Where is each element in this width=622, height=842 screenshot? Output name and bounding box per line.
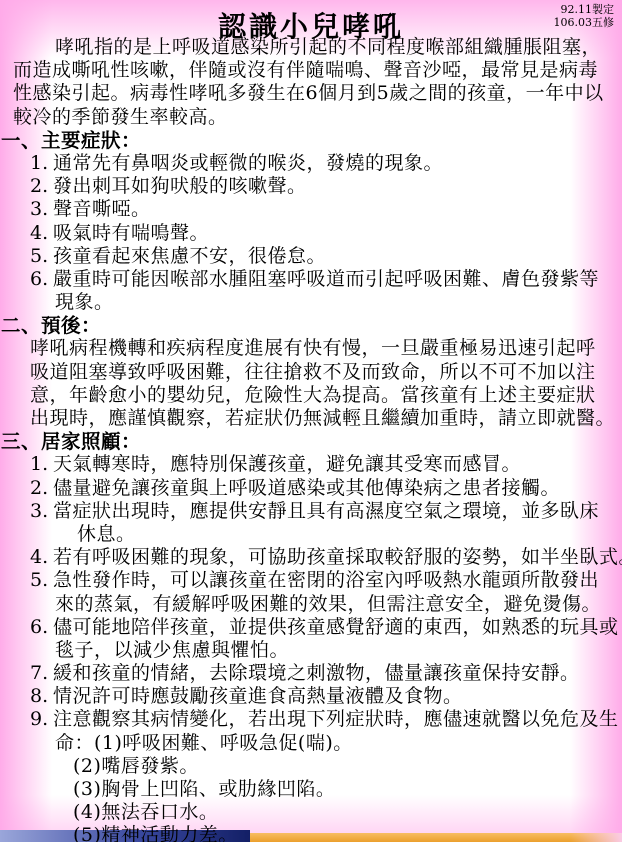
list-item-continuation: 命：(1)呼吸困難、呼吸急促(喘)。	[0, 732, 618, 755]
item-number: 3.	[30, 198, 53, 221]
sub-list-item: (5)精神活動力差。	[0, 824, 618, 842]
paragraph-line: 出現時，應謹慎觀察，若症狀仍無減輕且繼續加重時，請立即就醫。	[0, 407, 618, 430]
sub-list-item: (3)胸骨上凹陷、或肋緣凹陷。	[0, 778, 618, 801]
page-title: 認識小兒哮吼	[0, 5, 622, 45]
item-text: 注意觀察其病情變化，若出現下列症狀時，應儘速就醫以免危及生	[53, 708, 619, 730]
list-item: 5.急性發作時，可以讓孩童在密閉的浴室內呼吸熱水龍頭所散發出	[0, 569, 618, 592]
item-text: 當症狀出現時，應提供安靜且具有高濕度空氣之環境，並多臥床	[53, 500, 599, 522]
list-item: 6.嚴重時可能因喉部水腫阻塞呼吸道而引起呼吸困難、膚色發紫等	[0, 268, 618, 291]
list-item: 1.通常先有鼻咽炎或輕微的喉炎，發燒的現象。	[0, 152, 618, 175]
sub-list-item: (2)嘴唇發紫。	[0, 755, 618, 778]
item-number: 6.	[30, 268, 53, 291]
item-number: 2.	[30, 175, 53, 198]
section-heading-homecare: 三、居家照顧：	[0, 430, 618, 453]
item-text: 聲音嘶啞。	[53, 198, 151, 220]
paragraph-line: 吸道阻塞導致呼吸困難，往往搶救不及而致命，所以不可不加以注	[0, 361, 618, 384]
item-text: 緩和孩童的情緒，去除環境之刺激物，儘量讓孩童保持安靜。	[53, 662, 580, 684]
item-number: 5.	[30, 569, 53, 592]
item-number: 4.	[30, 546, 53, 569]
intro-line: 較冷的季節發生率較高。	[0, 106, 618, 129]
item-number: 2.	[30, 477, 53, 500]
section-heading-symptoms: 一、主要症狀：	[0, 129, 618, 152]
item-number: 5.	[30, 245, 53, 268]
list-item: 3.聲音嘶啞。	[0, 198, 618, 221]
list-item-continuation: 現象。	[0, 291, 618, 314]
list-item: 4.吸氣時有喘鳴聲。	[0, 222, 618, 245]
document-body: 哮吼指的是上呼吸道感染所引起的不同程度喉部組織腫脹阻塞， 而造成嘶吼性咳嗽，伴隨…	[0, 36, 618, 842]
section-heading-prognosis: 二、預後：	[0, 314, 618, 337]
item-text: 儘量避免讓孩童與上呼吸道感染或其他傳染病之患者接觸。	[53, 477, 560, 499]
item-number: 9.	[30, 708, 53, 731]
intro-line: 而造成嘶吼性咳嗽，伴隨或沒有伴隨喘鳴、聲音沙啞，最常見是病毒	[0, 59, 618, 82]
item-number: 1.	[30, 453, 53, 476]
list-item: 5.孩童看起來焦慮不安，很倦怠。	[0, 245, 618, 268]
item-number: 1.	[30, 152, 53, 175]
item-text: 發出刺耳如狗吠般的咳嗽聲。	[53, 175, 307, 197]
paragraph-line: 意，年齡愈小的嬰幼兒，危險性大為提高。當孩童有上述主要症狀	[0, 384, 618, 407]
intro-line: 性感染引起。病毒性哮吼多發生在6個月到5歲之間的孩童，一年中以	[0, 82, 618, 105]
item-number: 8.	[30, 685, 53, 708]
item-text: 急性發作時，可以讓孩童在密閉的浴室內呼吸熱水龍頭所散發出	[53, 569, 599, 591]
list-item: 3.當症狀出現時，應提供安靜且具有高濕度空氣之環境，並多臥床	[0, 500, 618, 523]
list-item: 7.緩和孩童的情緒，去除環境之刺激物，儘量讓孩童保持安靜。	[0, 662, 618, 685]
list-item: 9.注意觀察其病情變化，若出現下列症狀時，應儘速就醫以免危及生	[0, 708, 618, 731]
sub-list-item: (4)無法吞口水。	[0, 801, 618, 824]
item-text: 情況許可時應鼓勵孩童進食高熱量液體及食物。	[53, 685, 463, 707]
item-text: 天氣轉寒時，應特別保護孩童，避免讓其受寒而感冒。	[53, 453, 521, 475]
item-number: 7.	[30, 662, 53, 685]
list-item: 4.若有呼吸困難的現象，可協助孩童採取較舒服的姿勢，如半坐臥式。	[0, 546, 618, 569]
paragraph-line: 哮吼病程機轉和疾病程度進展有快有慢，一旦嚴重極易迅速引起呼	[0, 337, 618, 360]
item-text: 若有呼吸困難的現象，可協助孩童採取較舒服的姿勢，如半坐臥式。	[53, 546, 622, 568]
list-item-continuation: 休息。	[0, 523, 618, 546]
item-text: 通常先有鼻咽炎或輕微的喉炎，發燒的現象。	[53, 152, 443, 174]
list-item: 6.儘可能地陪伴孩童，並提供孩童感覺舒適的東西，如熟悉的玩具或	[0, 616, 618, 639]
item-text: 吸氣時有喘鳴聲。	[53, 222, 209, 244]
item-text: 儘可能地陪伴孩童，並提供孩童感覺舒適的東西，如熟悉的玩具或	[53, 616, 619, 638]
item-text: 嚴重時可能因喉部水腫阻塞呼吸道而引起呼吸困難、膚色發紫等	[53, 268, 599, 290]
list-item: 1.天氣轉寒時，應特別保護孩童，避免讓其受寒而感冒。	[0, 453, 618, 476]
list-item-continuation: 毯子，以減少焦慮與懼怕。	[0, 639, 618, 662]
list-item: 2.儘量避免讓孩童與上呼吸道感染或其他傳染病之患者接觸。	[0, 477, 618, 500]
item-text: 孩童看起來焦慮不安，很倦怠。	[53, 245, 326, 267]
item-number: 3.	[30, 500, 53, 523]
item-number: 4.	[30, 222, 53, 245]
list-item: 8.情況許可時應鼓勵孩童進食高熱量液體及食物。	[0, 685, 618, 708]
list-item: 2.發出刺耳如狗吠般的咳嗽聲。	[0, 175, 618, 198]
list-item-continuation: 來的蒸氣，有緩解呼吸困難的效果，但需注意安全，避免燙傷。	[0, 593, 618, 616]
item-number: 6.	[30, 616, 53, 639]
